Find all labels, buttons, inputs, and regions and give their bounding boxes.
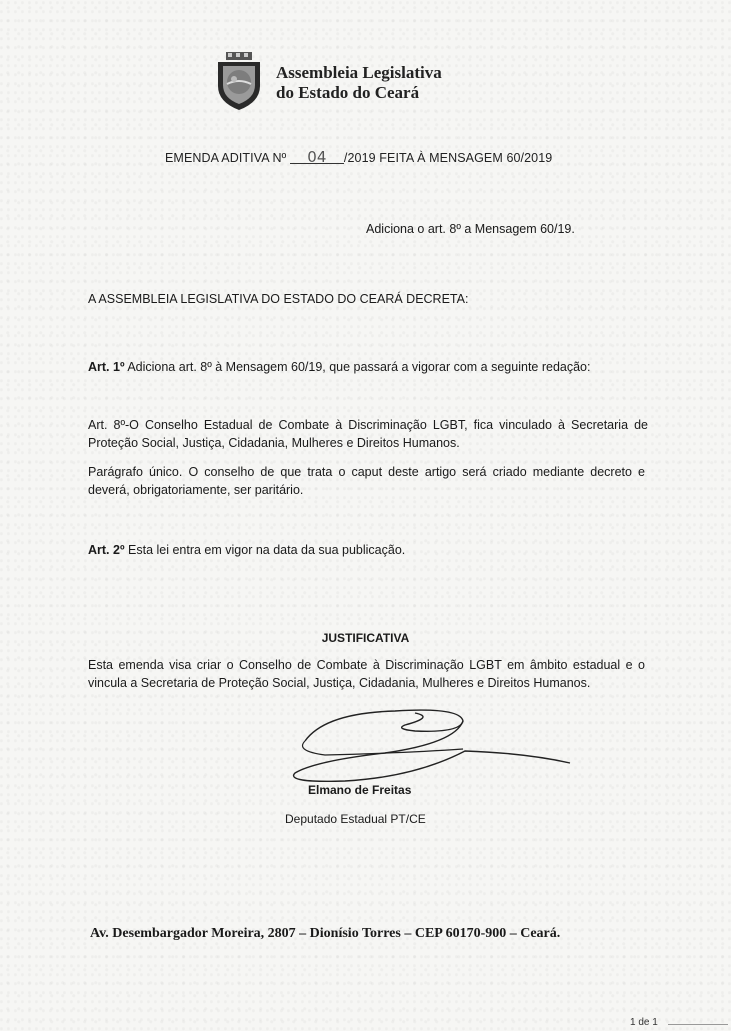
justification-text: Esta emenda visa criar o Conselho de Com… xyxy=(88,656,645,692)
article-8-text: Art. 8º-O Conselho Estadual de Combate à… xyxy=(88,416,648,452)
org-name-line2: do Estado do Ceará xyxy=(276,83,442,103)
article-1-label: Art. 1º xyxy=(88,360,125,374)
page-count: 1 de 1 xyxy=(630,1017,658,1028)
title-prefix: EMENDA ADITIVA Nº xyxy=(165,151,286,165)
organization-name: Assembleia Legislativa do Estado do Cear… xyxy=(276,63,442,103)
article-1-text: Adiciona art. 8º à Mensagem 60/19, que p… xyxy=(125,360,591,374)
article-1: Art. 1º Adiciona art. 8º à Mensagem 60/1… xyxy=(88,358,648,376)
footer-address: Av. Desembargador Moreira, 2807 – Dionís… xyxy=(90,926,560,942)
ementa: Adiciona o art. 8º a Mensagem 60/19. xyxy=(366,222,575,236)
justification-title: JUSTIFICATIVA xyxy=(0,631,731,645)
document-page: Assembleia Legislativa do Estado do Cear… xyxy=(0,0,731,1031)
amendment-title: EMENDA ADITIVA Nº 04/2019 FEITA À MENSAG… xyxy=(165,151,552,165)
signer-role: Deputado Estadual PT/CE xyxy=(285,812,426,826)
sole-paragraph: Parágrafo único. O conselho de que trata… xyxy=(88,463,645,499)
article-2-label: Art. 2º xyxy=(88,543,125,557)
article-2-text: Esta lei entra em vigor na data da sua p… xyxy=(125,543,406,557)
article-2: Art. 2º Esta lei entra em vigor na data … xyxy=(88,541,648,559)
enacting-clause: A ASSEMBLEIA LEGISLATIVA DO ESTADO DO CE… xyxy=(88,292,468,306)
amendment-number: 04 xyxy=(290,151,344,164)
page-divider xyxy=(668,1024,728,1025)
handwritten-signature xyxy=(285,703,575,783)
coat-of-arms-icon xyxy=(214,50,264,112)
signer-name: Elmano de Freitas xyxy=(308,783,411,797)
title-suffix: /2019 FEITA À MENSAGEM 60/2019 xyxy=(344,151,552,165)
org-name-line1: Assembleia Legislativa xyxy=(276,63,442,83)
